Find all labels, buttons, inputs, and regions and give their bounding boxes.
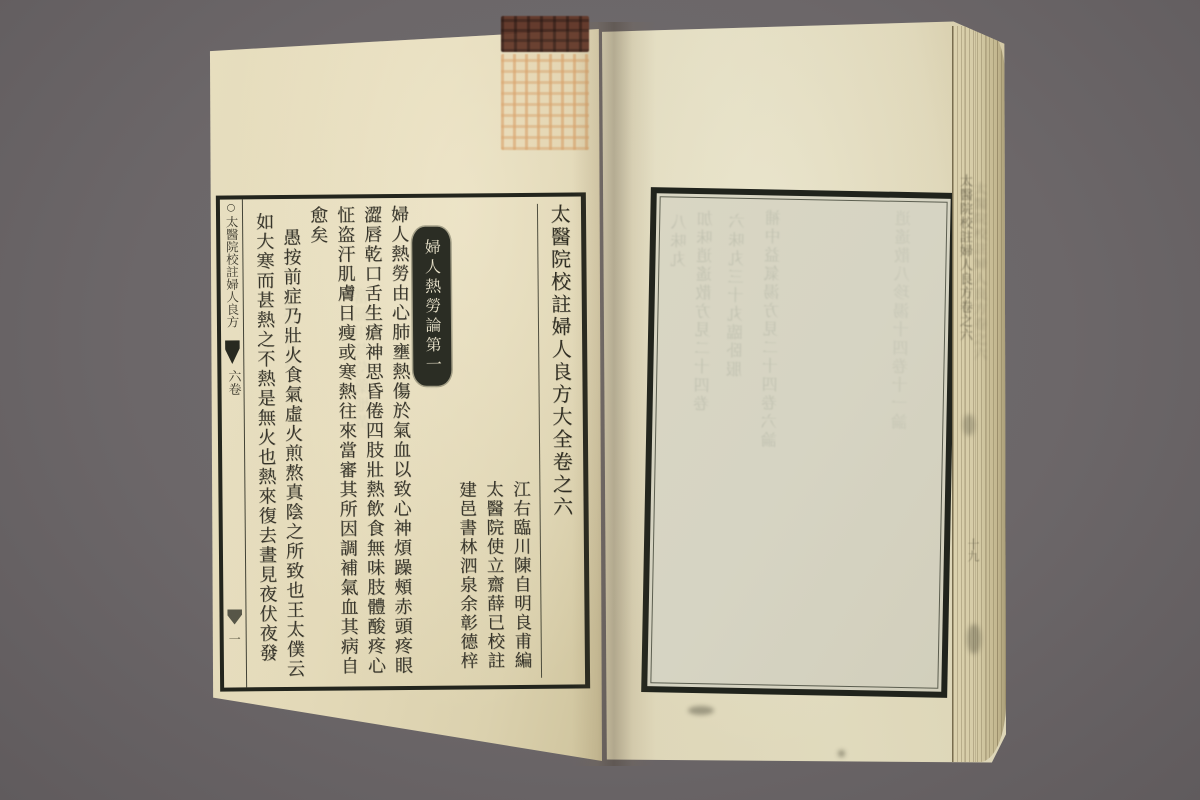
fore-edge-page-stack: 太醫院校註婦人良方卷之六 太醫院校註婦人良方卷之六 十九 — [952, 26, 1006, 762]
banxin-title: 太醫院校註婦人良方 — [221, 215, 242, 328]
fishtail-icon — [225, 340, 240, 364]
right-page: 八味丸 加味逍遙散方見二十四卷 六味丸三十丸臨卧服 補中益氣湯方見二十四卷六論 … — [602, 20, 1006, 764]
seal-stamp-icon — [501, 54, 589, 150]
ink-smudge — [688, 706, 714, 715]
bleedthrough-text: 八味丸 — [667, 213, 692, 269]
fore-edge-page-mark: 十九 — [965, 538, 982, 562]
banxin-column: ○ 太醫院校註婦人良方 六卷 一 — [220, 199, 247, 687]
body-text-column: 婦人熱勞由心肺壅熱傷於氣血以致心神煩躁頰赤頭疼眼 — [385, 205, 416, 679]
fore-edge-spine-title-ghost: 太醫院校註婦人良方卷之六 — [970, 182, 986, 362]
annotation-text-column: 愚按前症乃壯火食氣虛火煎熬真陰之所致也王太僕云 — [277, 206, 308, 680]
ink-smudge — [838, 750, 845, 757]
banxin-volume: 六卷 — [222, 369, 242, 395]
bleedthrough-text: 逍遙散八珍湯十四卷十一論 — [888, 210, 916, 432]
bleedthrough-text: 加味逍遙散方見二十四卷 — [691, 210, 719, 414]
frame-inner-line: 八味丸 加味逍遙散方見二十四卷 六味丸三十丸臨卧服 補中益氣湯方見二十四卷六論 … — [650, 196, 947, 688]
body-text-column: 怔盗汗肌膚日瘦或寒熱往來當審其所因調補氣血其病自 — [331, 205, 362, 679]
bleedthrough-text: 補中益氣湯方見二十四卷六論 — [758, 209, 787, 450]
banxin-page-number: 一 — [229, 630, 241, 647]
section-title-cartouche: 婦人熱勞論第一 — [412, 227, 451, 386]
body-text-column: 愈矣 — [304, 206, 335, 680]
right-blank-frame: 八味丸 加味逍遙散方見二十四卷 六味丸三十丸臨卧服 補中益氣湯方見二十四卷六論 … — [641, 187, 957, 698]
banxin-circle-mark: ○ — [227, 202, 236, 213]
bleedthrough-text: 六味丸三十丸臨卧服 — [723, 213, 750, 380]
fishtail-icon — [227, 609, 242, 624]
left-page: ○ 太醫院校註婦人良方 六卷 一 人參白朮茯苓甘草 當歸川芎芍藥地黃 柴胡黃芩半… — [206, 26, 602, 764]
body-text-column: 澀唇乾口舌生瘡神思昏倦四肢壯熱飲食無味肢體酸疼心 — [358, 205, 389, 679]
volume-title-column: 太醫院校註婦人良方大全卷之六 — [537, 203, 578, 677]
compiler-credit-column: 江右臨川陳自明良甫編 — [504, 204, 535, 678]
printer-credit-column: 建邑書林泗泉余彰德梓 — [450, 204, 481, 678]
annotation-text-column: 如大寒而甚熱之不熱是無火也熱來復去晝見夜伏夜發 — [250, 206, 281, 680]
ink-smudge — [967, 624, 981, 654]
fore-edge-spine-title: 太醫院校註婦人良方卷之六 — [956, 174, 972, 342]
annotator-credit-column: 太醫院使立齋薛已校註 — [477, 204, 508, 678]
text-columns: 太醫院校註婦人良方大全卷之六 江右臨川陳自明良甫編 太醫院使立齋薛已校註 建邑書… — [250, 203, 578, 680]
section-title-column: 婦人熱勞論第一 — [412, 205, 454, 679]
seal-stamp-upper — [501, 16, 589, 52]
ink-smudge — [963, 414, 975, 436]
photo-background: ○ 太醫院校註婦人良方 六卷 一 人參白朮茯苓甘草 當歸川芎芍藥地黃 柴胡黃芩半… — [0, 0, 1200, 800]
left-text-frame: ○ 太醫院校註婦人良方 六卷 一 人參白朮茯苓甘草 當歸川芎芍藥地黃 柴胡黃芩半… — [216, 192, 590, 691]
